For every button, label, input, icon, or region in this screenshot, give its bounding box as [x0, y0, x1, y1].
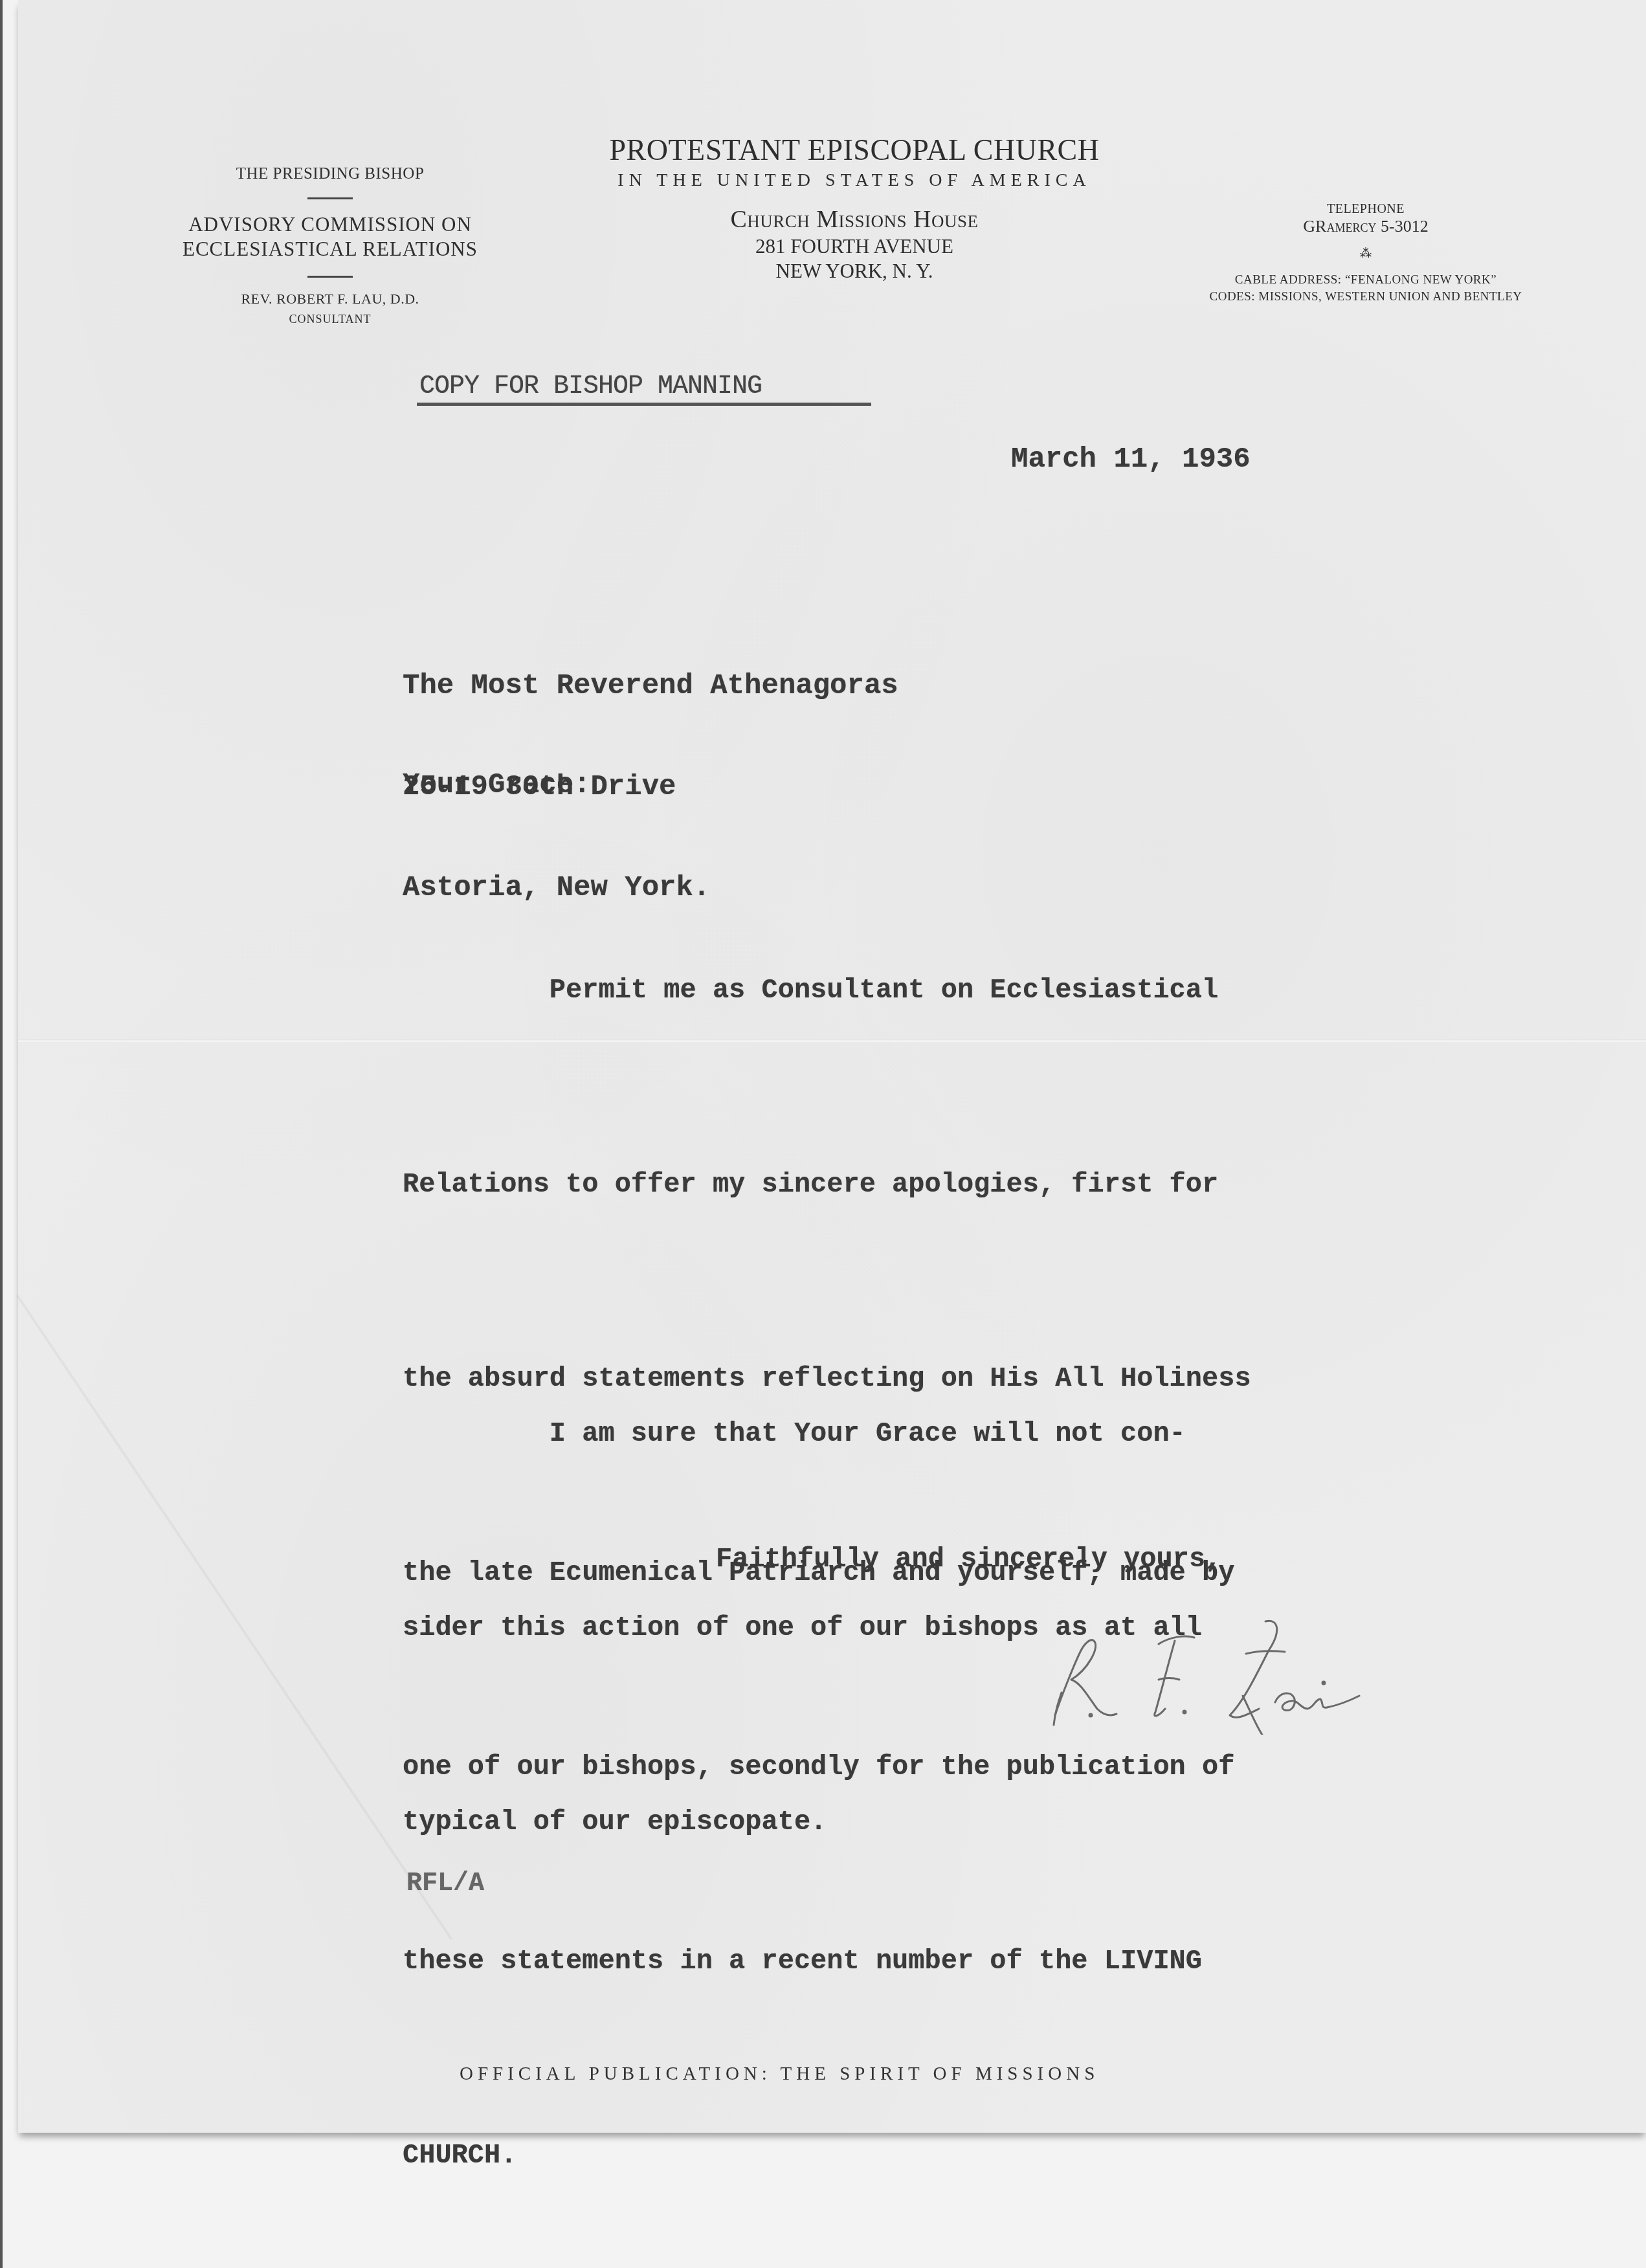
body-line: CHURCH. [403, 2123, 1251, 2188]
consultant-name: REV. ROBERT F. LAU, D.D. [162, 291, 498, 307]
copy-note: COPY FOR BISHOP MANNING [419, 372, 762, 401]
consultant-title: CONSULTANT [162, 313, 498, 326]
commission-line-1: ADVISORY COMMISSION ON [162, 212, 498, 237]
telephone-number: GRamercy 5-3012 [1146, 217, 1586, 236]
body-line: these statements in a recent number of t… [403, 1929, 1251, 1994]
letterhead-center: PROTESTANT EPISCOPAL CHURCH IN THE UNITE… [570, 133, 1139, 283]
building-name: Church Missions House [570, 205, 1139, 234]
letterhead-right: TELEPHONE GRamercy 5-3012 ⁂ CABLE ADDRES… [1146, 202, 1586, 306]
reference-initials: RFL/A [406, 1869, 484, 1898]
handwritten-signature [1036, 1605, 1398, 1735]
copy-note-underline [417, 403, 871, 406]
commission-line-2: ECCLESIASTICAL RELATIONS [162, 237, 498, 261]
complimentary-closing: Faithfully and sincerely yours, [716, 1544, 1221, 1575]
telephone-label: TELEPHONE [1146, 202, 1586, 217]
office-title: THE PRESIDING BISHOP [162, 165, 498, 183]
footer-publication: OFFICIAL PUBLICATION: THE SPIRIT OF MISS… [460, 2063, 1301, 2085]
city-address: NEW YORK, N. Y. [570, 260, 1139, 283]
telegraph-codes: CODES: MISSIONS, WESTERN UNION AND BENTL… [1146, 289, 1586, 306]
body-line: I am sure that Your Grace will not con- [403, 1401, 1202, 1466]
street-address: 281 FOURTH AVENUE [570, 235, 1139, 258]
organization-name: PROTESTANT EPISCOPAL CHURCH [570, 133, 1139, 168]
body-line: Permit me as Consultant on Ecclesiastica… [403, 958, 1251, 1023]
organization-country: IN THE UNITED STATES OF AMERICA [570, 170, 1139, 191]
body-line: typical of our episcopate. [403, 1790, 1202, 1854]
letterhead-left: THE PRESIDING BISHOP ADVISORY COMMISSION… [162, 165, 498, 326]
salutation: Your Grace: [403, 769, 590, 801]
body-line: Relations to offer my sincere apologies,… [403, 1152, 1251, 1217]
body-paragraph-2: I am sure that Your Grace will not con- … [403, 1272, 1202, 1919]
ornament-icon: ⁂ [1146, 247, 1586, 260]
divider [307, 197, 353, 199]
cable-address: CABLE ADDRESS: “FENALONG NEW YORK” [1146, 272, 1586, 289]
letter-date: March 11, 1936 [1011, 443, 1251, 476]
divider [307, 276, 353, 278]
recipient-name: The Most Reverend Athenagoras [403, 669, 898, 703]
